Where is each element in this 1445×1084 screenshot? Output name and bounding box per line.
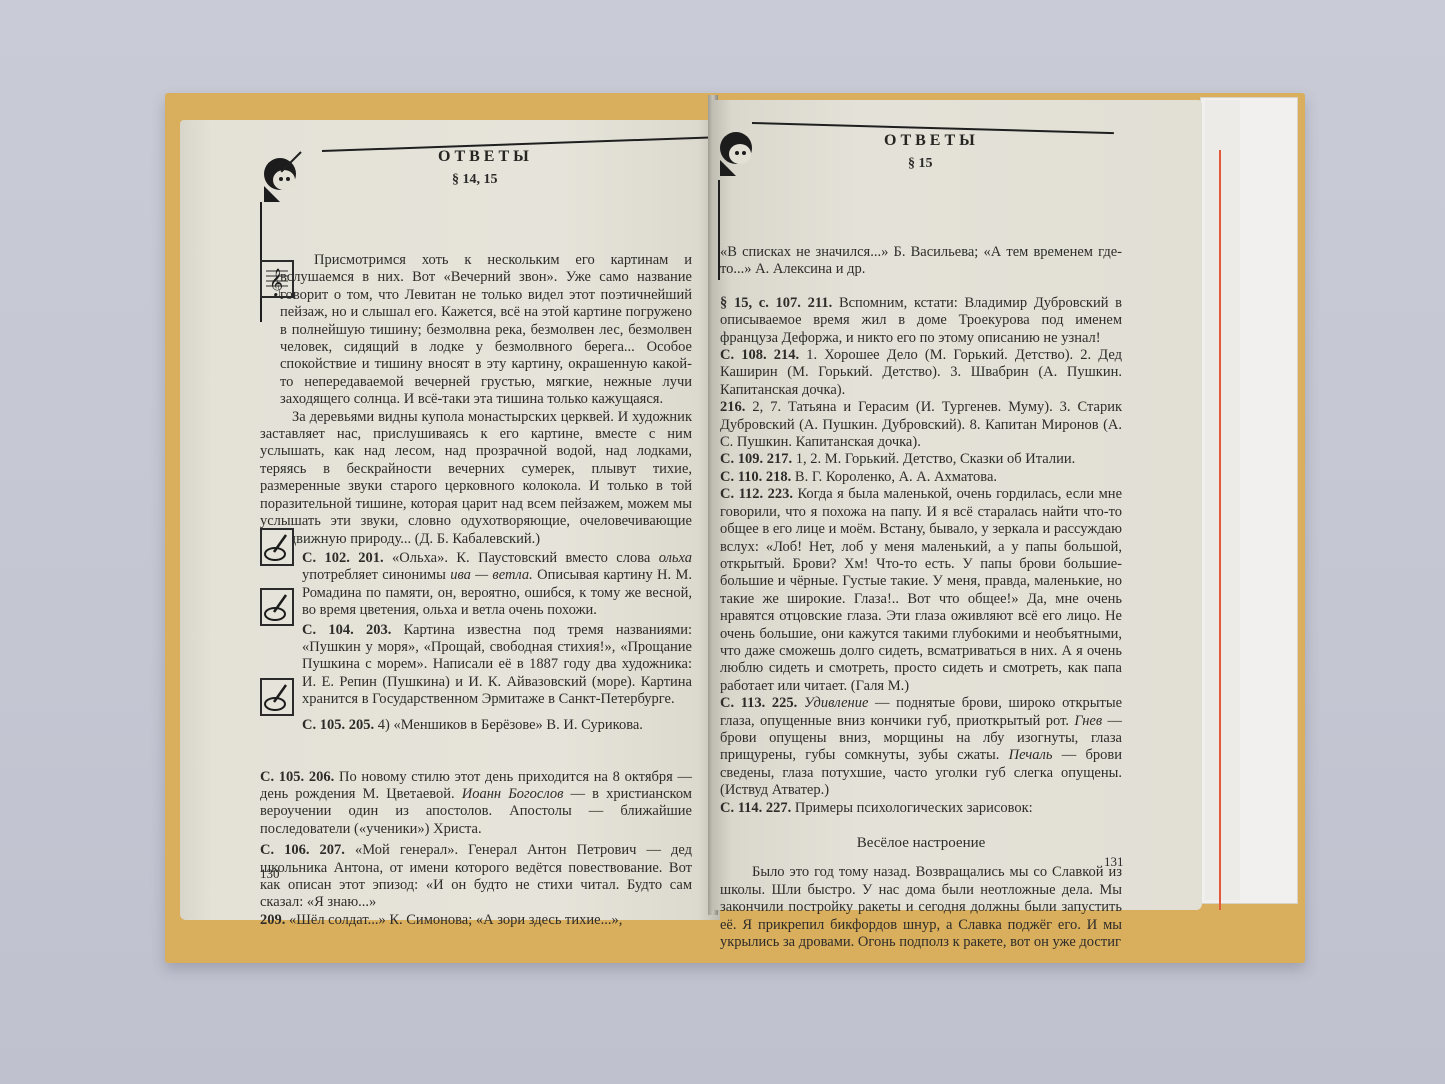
paragraph-levitan: Присмотримся хоть к нескольким его карти… <box>260 252 692 409</box>
answer-218: С. 110. 218. В. Г. Короленко, А. А. Ахма… <box>720 469 1122 486</box>
palette-brush-icon <box>262 530 292 564</box>
palette-brush-icon <box>262 680 292 714</box>
continued-209: «В списках не значился...» Б. Васильева;… <box>720 244 1122 279</box>
art-icon-box-201 <box>260 528 294 566</box>
answer-214: С. 108. 214. 1. Хорошее Дело (М. Горький… <box>720 347 1122 399</box>
story-title: Весёлое настроение <box>720 835 1122 852</box>
right-page-body: «В списках не значился...» Б. Васильева;… <box>720 244 1122 951</box>
answer-201: С. 102. 201. «Ольха». К. Паустовский вме… <box>260 550 692 620</box>
story-text: Было это год тому назад. Возвращались мы… <box>720 864 1122 951</box>
answer-227: С. 114. 227. Примеры психологических зар… <box>720 800 1122 817</box>
art-icon-box-203 <box>260 588 294 626</box>
page-number: 131 <box>1104 854 1124 870</box>
answer-206: С. 105. 206. По новому стилю этот день п… <box>260 769 692 839</box>
paragraph-kabalevsky: За деревьями видны купола монастырских ц… <box>260 409 692 548</box>
answer-223: С. 112. 223. Когда я была маленькой, оче… <box>720 486 1122 695</box>
child-mascot-icon <box>716 130 760 178</box>
palette-brush-icon <box>262 590 292 624</box>
right-page: ОТВЕТЫ § 15 «В списках не значился...» Б… <box>712 100 1202 910</box>
answer-209: 209. «Шёл солдат...» К. Симонова; «А зор… <box>260 912 692 929</box>
answer-216: 216. 2, 7. Татьяна и Герасим (И. Тургене… <box>720 399 1122 451</box>
running-head: ОТВЕТЫ <box>884 132 979 150</box>
answer-203: С. 104. 203. Картина известна под тремя … <box>260 622 692 709</box>
answer-211: § 15, с. 107. 211. Вспомним, кстати: Вла… <box>720 295 1122 347</box>
left-page: ОТВЕТЫ § 14, 15 𝄞 Присмотримся хоть к не… <box>180 120 720 920</box>
answer-217: С. 109. 217. 1, 2. М. Горький. Детство, … <box>720 451 1122 468</box>
art-icon-box-205 <box>260 678 294 716</box>
red-page-edge <box>1219 150 1221 910</box>
loose-sheet <box>1205 100 1240 900</box>
answer-207: С. 106. 207. «Мой генерал». Генерал Анто… <box>260 842 692 912</box>
page-number: 130 <box>260 866 280 882</box>
left-page-body: Присмотримся хоть к нескольким его карти… <box>260 252 692 929</box>
answer-225: С. 113. 225. Удивление — поднятые брови,… <box>720 695 1122 799</box>
answer-205: С. 105. 205. 4) «Меншиков в Берёзове» В.… <box>260 717 692 761</box>
section-number: § 15 <box>908 156 933 172</box>
running-head: ОТВЕТЫ <box>438 148 533 166</box>
section-number: § 14, 15 <box>452 172 498 188</box>
child-mascot-icon <box>260 156 304 204</box>
